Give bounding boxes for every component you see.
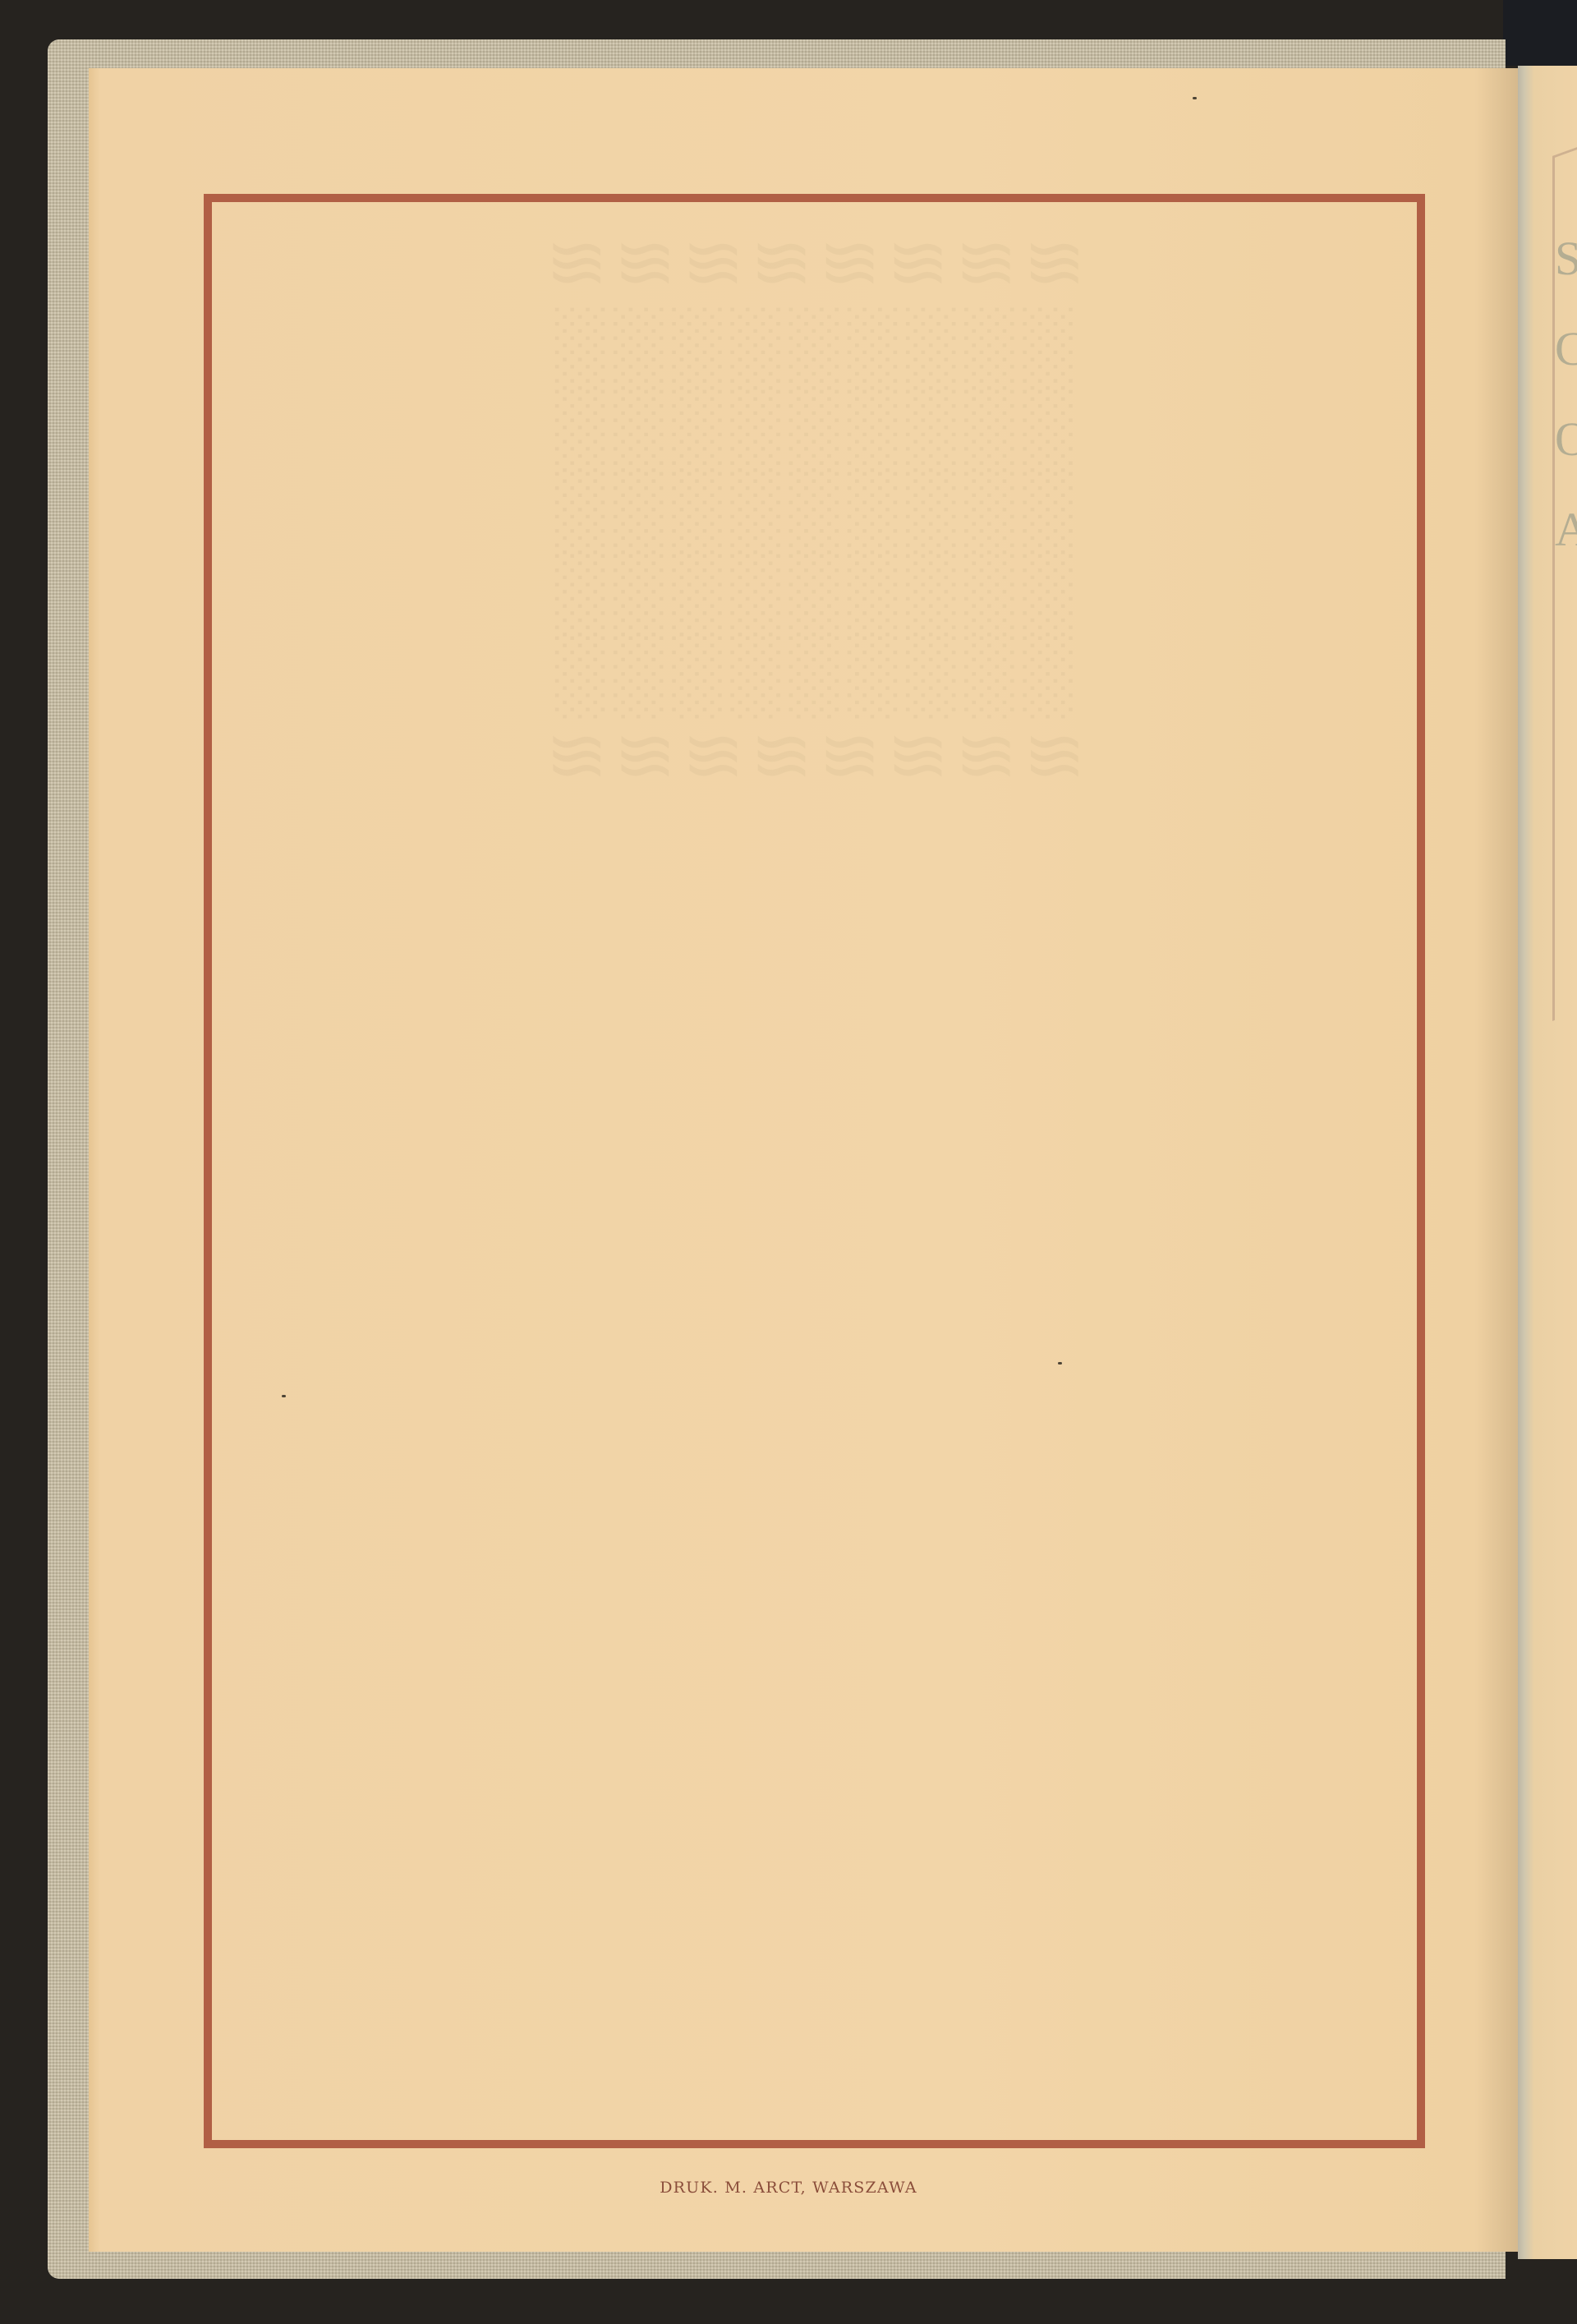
facing-page-letters: S C O A: [1555, 214, 1577, 575]
paper-speck: [1193, 97, 1197, 99]
decorative-border-frame: [204, 194, 1425, 2148]
paper-speck: [1058, 1362, 1062, 1364]
printer-imprint: DRUK. M. ARCT, WARSZAWA: [0, 2179, 1577, 2197]
paper-speck: [282, 1395, 286, 1397]
background-corner: [1503, 0, 1577, 66]
